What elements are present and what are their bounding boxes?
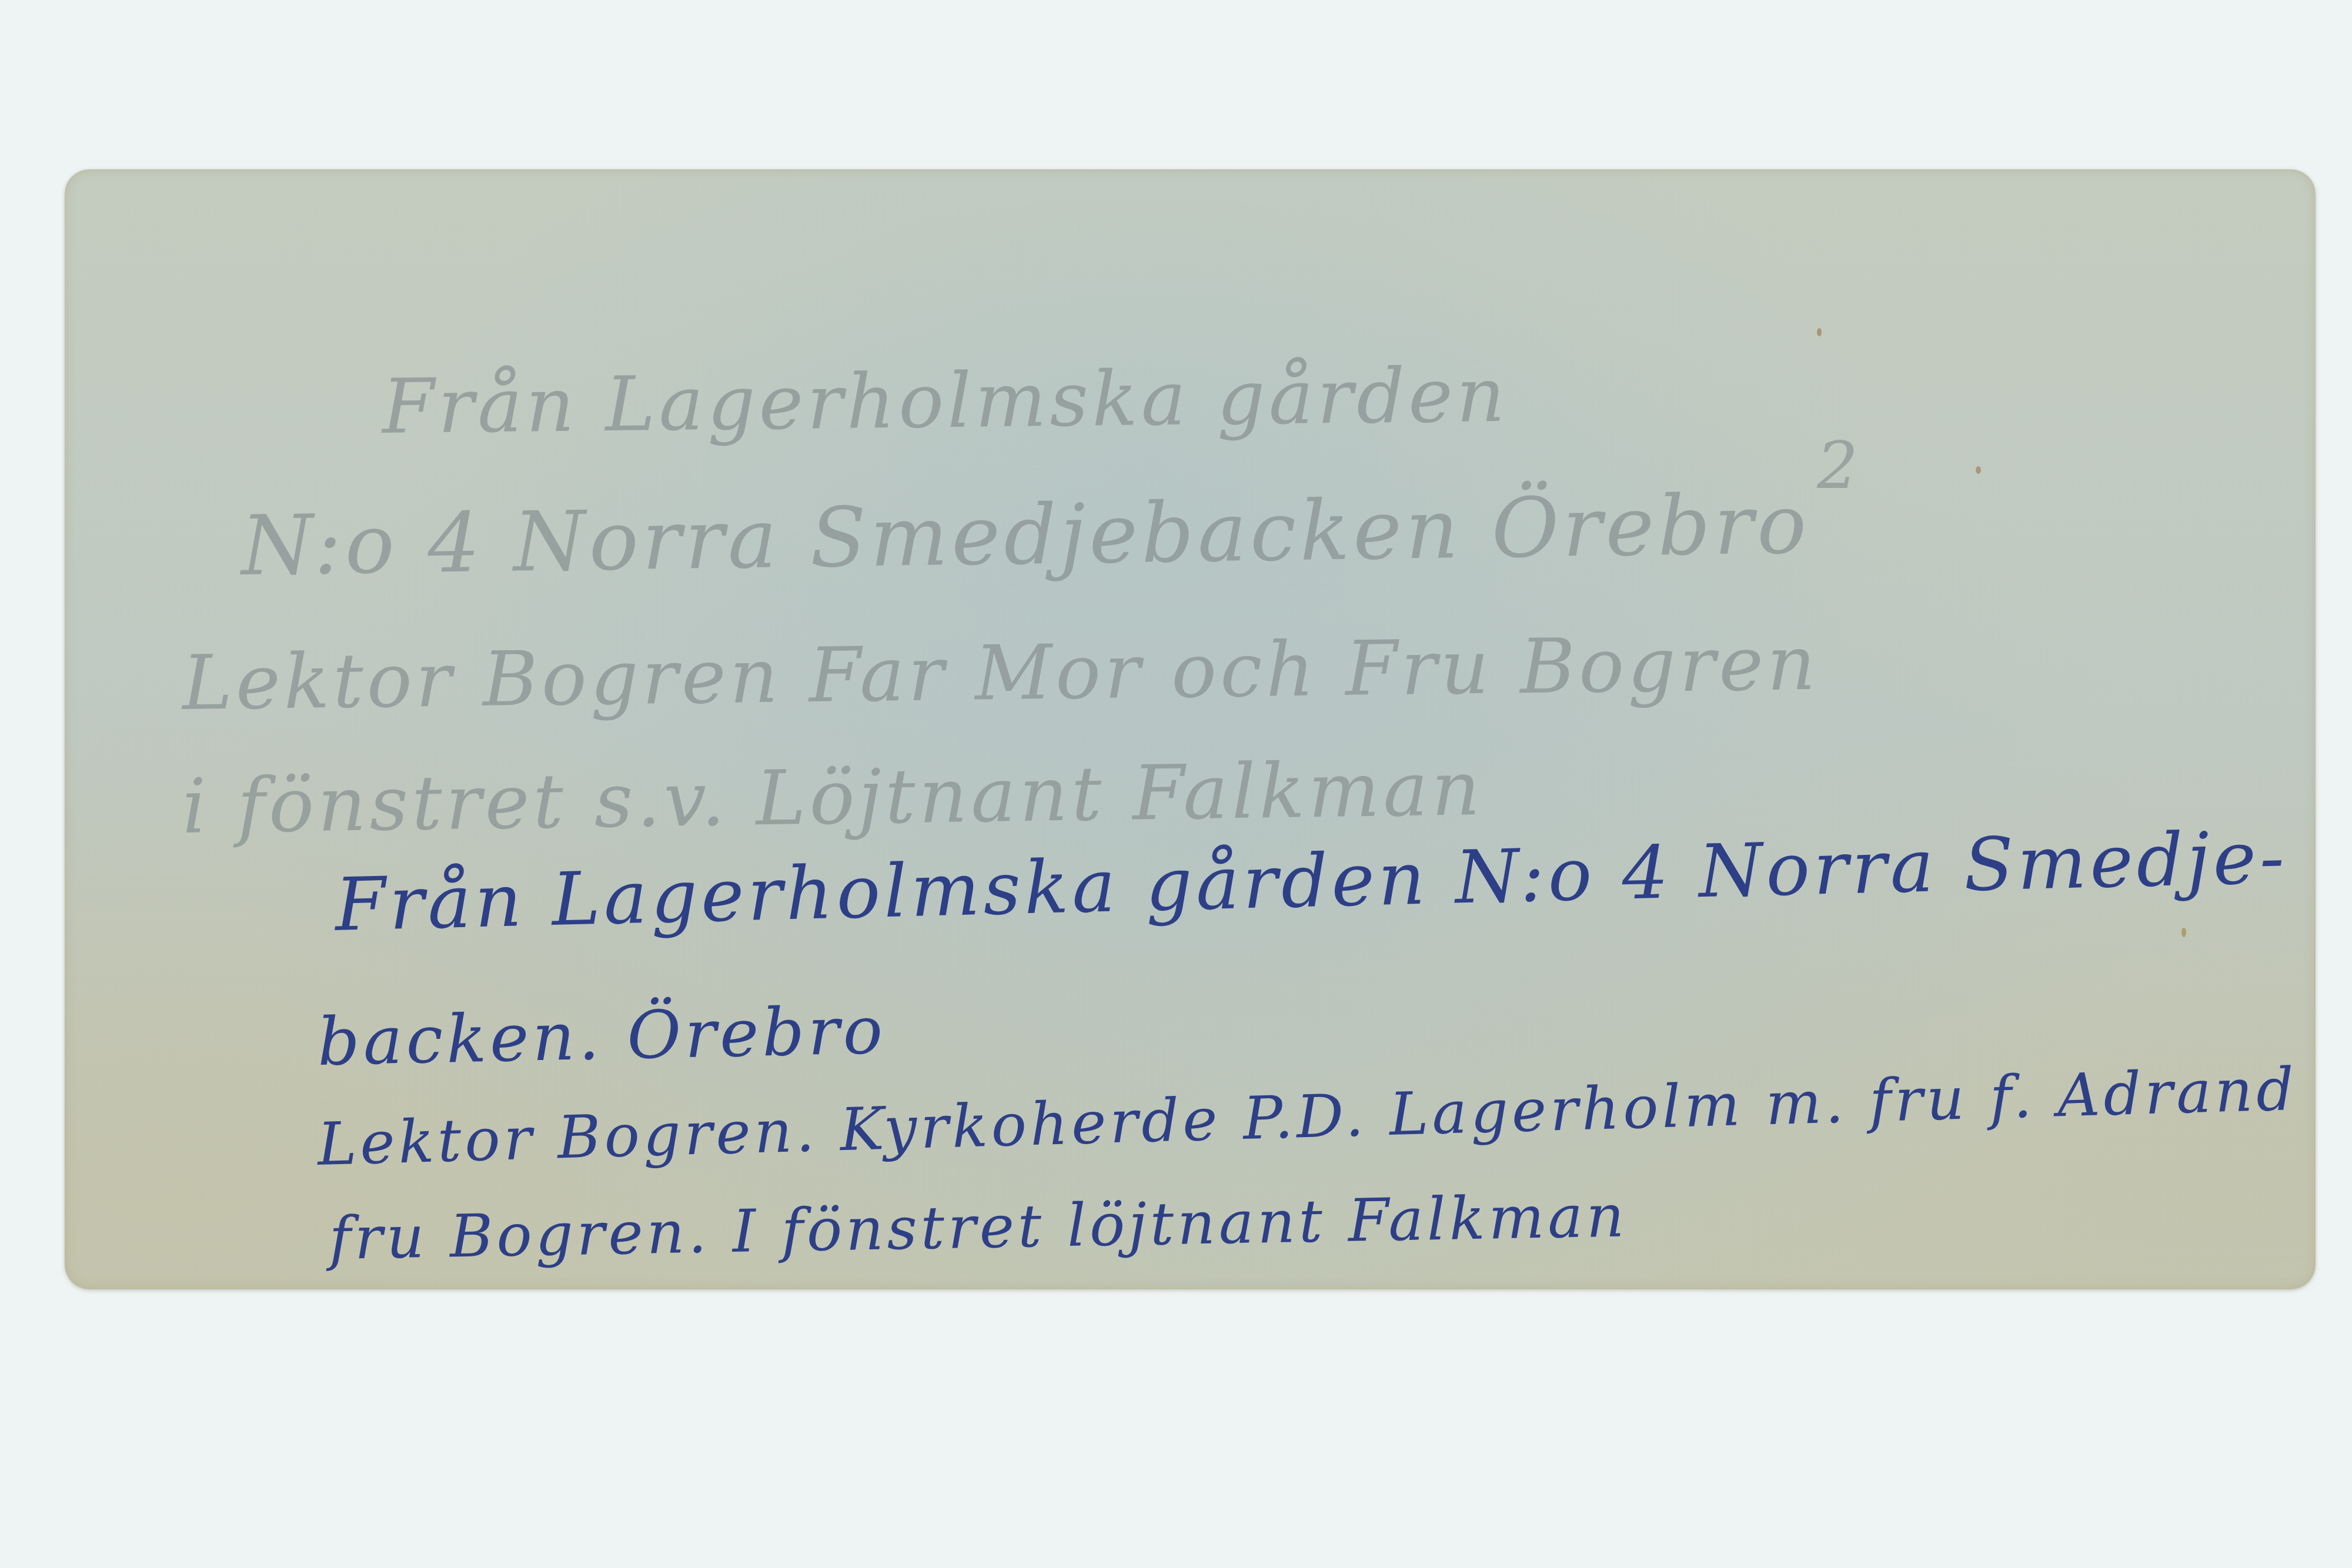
pencil-line-4: i fönstret s.v. Löjtnant Falkman — [182, 745, 1484, 851]
pencil-marginal-number: 2 — [1817, 428, 1858, 503]
ink-line-4: fru Bogren. I fönstret löjtnant Falkman — [329, 1181, 1628, 1273]
foxing-spot — [1976, 466, 1981, 474]
pencil-line-3: Lektor Bogren Far Mor och Fru Bogren — [182, 620, 1819, 727]
foxing-spot — [2181, 928, 2186, 937]
card-back: Från Lagerholmska gården 2 N:o 4 Norra S… — [65, 169, 2316, 1289]
foxing-spot — [1817, 328, 1822, 336]
pencil-line-2: N:o 4 Norra Smedjebacken Örebro — [240, 477, 1810, 594]
pencil-line-1: Från Lagerholmska gården — [382, 352, 1509, 451]
ink-line-2: backen. Örebro — [317, 992, 887, 1081]
